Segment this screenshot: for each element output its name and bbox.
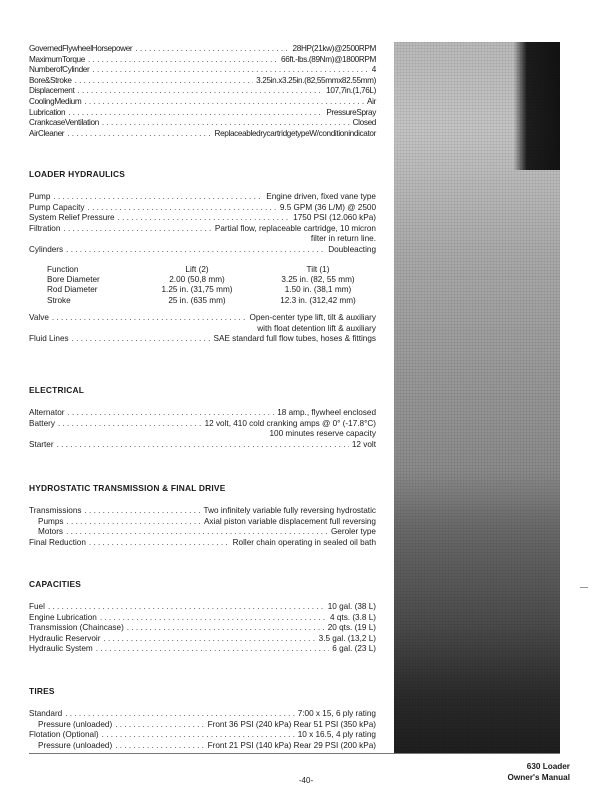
spec-row: Fuel10 gal. (38 L)	[29, 602, 376, 613]
spec-label: Pressure (unloaded)	[29, 720, 112, 731]
spec-value: ReplaceabledrycartridgetypeW/conditionin…	[215, 129, 377, 140]
spec-value: Air	[367, 97, 376, 108]
spec-label: Lubrication	[29, 108, 65, 119]
spec-row: Pressure (unloaded)Front 36 PSI (240 kPa…	[29, 720, 376, 731]
dot-leader	[89, 538, 230, 549]
table-cell: 25 in. (635 mm)	[141, 296, 253, 306]
spec-label: Hydraulic System	[29, 644, 93, 655]
spec-label: Filtration	[29, 224, 60, 235]
spec-row: CrankcaseVentilationClosed	[29, 118, 376, 129]
spec-label: Standard	[29, 709, 62, 720]
spec-label: Pump Capacity	[29, 203, 85, 214]
dot-leader	[66, 517, 200, 528]
spec-label: Alternator	[29, 408, 65, 419]
spec-value: 107,7in.(1,76L)	[326, 86, 376, 97]
spec-row: FiltrationPartial flow, replaceable cart…	[29, 224, 376, 235]
spec-row: Displacement107,7in.(1,76L)	[29, 86, 376, 97]
spec-label: MaximumTorque	[29, 55, 85, 66]
spec-label: Valve	[29, 313, 49, 324]
spec-value: SAE standard full flow tubes, hoses & fi…	[214, 334, 376, 345]
spec-row: MotorsGeroler type	[29, 527, 376, 538]
spec-value-continuation: filter in return line.	[29, 234, 376, 245]
engine-specs: GovernedFlywheelHorsepower28HP(21kw)@250…	[29, 44, 376, 139]
spec-label: Fluid Lines	[29, 334, 69, 345]
spec-row: CoolingMediumAir	[29, 97, 376, 108]
cylinder-table: FunctionLift (2)Tilt (1)Bore Diameter2.0…	[29, 265, 376, 307]
spec-label: GovernedFlywheelHorsepower	[29, 44, 132, 55]
spec-value: Engine driven, fixed vane type	[266, 192, 376, 203]
spec-value: 3.25in.x3.25in.(82,55mmx82.55mm)	[256, 76, 376, 87]
spec-value: 4 qts. (3.8 L)	[330, 613, 376, 624]
spec-label: Pump	[29, 192, 50, 203]
dot-leader	[100, 613, 327, 624]
spec-label: Bore&Stroke	[29, 76, 72, 87]
spec-value: Roller chain operating in sealed oil bat…	[233, 538, 376, 549]
spec-value: 10 x 16.5, 4 ply rating	[298, 730, 376, 741]
dot-leader	[48, 602, 325, 613]
spec-row: PumpEngine driven, fixed vane type	[29, 192, 376, 203]
scan-mark	[580, 587, 588, 588]
spec-row: ValveOpen-center type lift, tilt & auxil…	[29, 313, 376, 324]
spec-value-continuation: with float detention lift & auxiliary	[29, 324, 376, 335]
spec-row: Starter12 volt	[29, 440, 376, 451]
spec-row: LubricationPressureSpray	[29, 108, 376, 119]
dot-leader	[103, 634, 315, 645]
spec-value: Closed	[353, 118, 376, 129]
spec-row: Standard7:00 x 15, 6 ply rating	[29, 709, 376, 720]
spec-row: Final ReductionRoller chain operating in…	[29, 538, 376, 549]
section-heading: ELECTRICAL	[29, 385, 376, 395]
dot-leader	[102, 118, 350, 129]
loader-hydraulics-section: LOADER HYDRAULICS PumpEngine driven, fix…	[29, 169, 376, 345]
section-heading: HYDROSTATIC TRANSMISSION & FINAL DRIVE	[29, 483, 376, 493]
capacities-section: CAPACITIES Fuel10 gal. (38 L)Engine Lubr…	[29, 579, 376, 655]
spec-value: Partial flow, replaceable cartridge, 10 …	[215, 224, 376, 235]
spec-value: 18 amp., flywheel enclosed	[277, 408, 376, 419]
electrical-section: ELECTRICAL Alternator18 amp., flywheel e…	[29, 385, 376, 450]
spec-label: System Relief Pressure	[29, 213, 115, 224]
spec-label: Final Reduction	[29, 538, 86, 549]
dot-leader	[68, 108, 323, 119]
spec-row: TransmissionsTwo infinitely variable ful…	[29, 506, 376, 517]
spec-value: Axial piston variable displacement full …	[204, 517, 376, 528]
dot-leader	[75, 76, 254, 87]
spec-label: CoolingMedium	[29, 97, 81, 108]
spec-row: Engine Lubrication4 qts. (3.8 L)	[29, 613, 376, 624]
spec-label: Displacement	[29, 86, 74, 97]
spec-label: Battery	[29, 419, 55, 430]
dot-leader	[84, 97, 364, 108]
spec-row: PumpsAxial piston variable displacement …	[29, 517, 376, 528]
spec-row: Pressure (unloaded)Front 21 PSI (140 kPa…	[29, 741, 376, 752]
spec-row: Fluid LinesSAE standard full flow tubes,…	[29, 334, 376, 345]
dot-leader	[84, 506, 200, 517]
spec-label: Engine Lubrication	[29, 613, 97, 624]
table-header: Tilt (1)	[253, 265, 383, 275]
spec-row: GovernedFlywheelHorsepower28HP(21kw)@250…	[29, 44, 376, 55]
dot-leader	[52, 313, 247, 324]
table-cell: 1.25 in. (31,75 mm)	[141, 285, 253, 295]
spec-value: 28HP(21kw)@2500RPM	[293, 44, 376, 55]
dot-leader	[127, 623, 325, 634]
spec-value: Geroler type	[331, 527, 376, 538]
dot-leader	[102, 730, 295, 741]
section-heading: TIRES	[29, 686, 376, 696]
spec-label: Motors	[29, 527, 63, 538]
spec-row: Bore&Stroke3.25in.x3.25in.(82,55mmx82.55…	[29, 76, 376, 87]
spec-row: NumberofCylinder4	[29, 65, 376, 76]
spec-value: 12 volt, 410 cold cranking amps @ 0° (-1…	[205, 419, 376, 430]
dot-leader	[135, 44, 289, 55]
dot-leader	[115, 720, 204, 731]
table-header: Lift (2)	[141, 265, 253, 275]
dot-leader	[72, 334, 211, 345]
spec-label: Pumps	[29, 517, 63, 528]
transmission-section: HYDROSTATIC TRANSMISSION & FINAL DRIVE T…	[29, 483, 376, 548]
footer-divider	[29, 753, 560, 754]
spec-value: 1750 PSI (12.060 kPa)	[293, 213, 376, 224]
dot-leader	[57, 440, 349, 451]
spec-label: Flotation (Optional)	[29, 730, 99, 741]
spec-value: 9.5 GPM (36 L/M) @ 2500	[280, 203, 376, 214]
table-cell: 12.3 in. (312,42 mm)	[253, 296, 383, 306]
dot-leader	[68, 408, 275, 419]
spec-label: NumberofCylinder	[29, 65, 89, 76]
spec-row: Transmission (Chaincase)20 qts. (19 L)	[29, 623, 376, 634]
dot-leader	[115, 741, 204, 752]
dot-leader	[67, 129, 211, 140]
spec-value: 10 gal. (38 L)	[328, 602, 376, 613]
table-cell: 1.50 in. (38,1 mm)	[253, 285, 383, 295]
spec-row: Flotation (Optional)10 x 16.5, 4 ply rat…	[29, 730, 376, 741]
spec-label: Starter	[29, 440, 54, 451]
scanned-margin-image	[394, 42, 560, 754]
spec-row: AirCleanerReplaceabledrycartridgetypeW/c…	[29, 129, 376, 140]
spec-label: AirCleaner	[29, 129, 64, 140]
spec-label: Hydraulic Reservoir	[29, 634, 100, 645]
dot-leader	[53, 192, 263, 203]
dot-leader	[118, 213, 291, 224]
dot-leader	[92, 65, 368, 76]
spec-row: MaximumTorque66ft.-lbs.(89Nm)@1800RPM	[29, 55, 376, 66]
table-cell: 2.00 (50,8 mm)	[141, 275, 253, 285]
spec-value: 4	[372, 65, 376, 76]
spec-label: Transmission (Chaincase)	[29, 623, 124, 634]
manual-title: 630 Loader Owner's Manual	[508, 762, 570, 783]
spec-label: Transmissions	[29, 506, 81, 517]
dot-leader	[65, 709, 294, 720]
spec-value: 20 qts. (19 L)	[328, 623, 376, 634]
spec-value: 12 volt	[352, 440, 376, 451]
spec-row: CylindersDoubleacting	[29, 245, 376, 256]
table-header: Function	[47, 265, 141, 275]
spec-value: PressureSpray	[326, 108, 376, 119]
spec-value: Doubleacting	[328, 245, 376, 256]
spec-value: 6 gal. (23 L)	[332, 644, 376, 655]
spec-row: Hydraulic Reservoir3.5 gal. (13,2 L)	[29, 634, 376, 645]
dot-leader	[58, 419, 202, 430]
spec-label: Cylinders	[29, 245, 63, 256]
spec-value-continuation: 100 minutes reserve capacity	[29, 429, 376, 440]
dot-leader	[66, 245, 325, 256]
tires-section: TIRES Standard7:00 x 15, 6 ply ratingPre…	[29, 686, 376, 751]
dot-leader	[77, 86, 323, 97]
section-heading: CAPACITIES	[29, 579, 376, 589]
dot-leader	[88, 55, 278, 66]
manual-title-line1: 630 Loader	[508, 762, 570, 773]
section-heading: LOADER HYDRAULICS	[29, 169, 376, 179]
spec-label: Pressure (unloaded)	[29, 741, 112, 752]
dot-leader	[66, 527, 328, 538]
manual-title-line2: Owner's Manual	[508, 773, 570, 784]
spec-value: 3.5 gal. (13,2 L)	[319, 634, 376, 645]
table-cell: Stroke	[47, 296, 141, 306]
table-cell: Bore Diameter	[47, 275, 141, 285]
spec-label: Fuel	[29, 602, 45, 613]
spec-value: 66ft.-lbs.(89Nm)@1800RPM	[281, 55, 376, 66]
spec-row: Hydraulic System6 gal. (23 L)	[29, 644, 376, 655]
dot-leader	[96, 644, 330, 655]
dot-leader	[88, 203, 277, 214]
spec-row: Pump Capacity9.5 GPM (36 L/M) @ 2500	[29, 203, 376, 214]
spec-value: Two infinitely variable fully reversing …	[204, 506, 376, 517]
spec-row: System Relief Pressure1750 PSI (12.060 k…	[29, 213, 376, 224]
dot-leader	[63, 224, 211, 235]
spec-value: Front 36 PSI (240 kPa) Rear 51 PSI (350 …	[208, 720, 376, 731]
spec-row: Battery12 volt, 410 cold cranking amps @…	[29, 419, 376, 430]
spec-value: Open-center type lift, tilt & auxiliary	[249, 313, 376, 324]
spec-value: Front 21 PSI (140 kPa) Rear 29 PSI (200 …	[208, 741, 376, 752]
spec-value: 7:00 x 15, 6 ply rating	[298, 709, 376, 720]
table-cell: Rod Diameter	[47, 285, 141, 295]
table-cell: 3.25 in. (82, 55 mm)	[253, 275, 383, 285]
spec-label: CrankcaseVentilation	[29, 118, 99, 129]
spec-row: Alternator18 amp., flywheel enclosed	[29, 408, 376, 419]
